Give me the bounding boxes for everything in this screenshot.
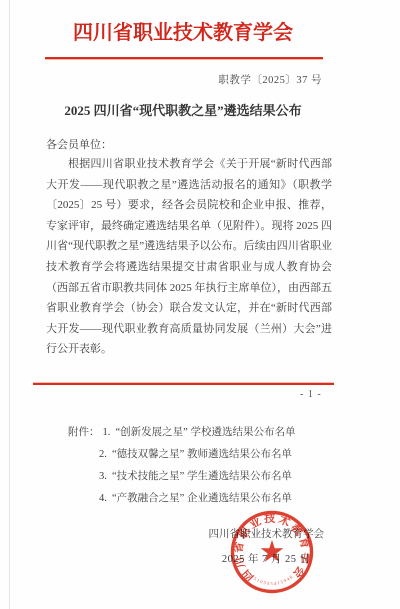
- org-header-title: 四川省职业技术教育学会: [32, 16, 334, 45]
- attachment-item: 3. “技术技能之星” 学生遴选结果公布名单: [68, 468, 295, 490]
- attachment-text: “技术技能之星” 学生遴选结果公布名单: [112, 468, 292, 483]
- attachment-number: 4.: [99, 493, 112, 504]
- attachment-number: 3.: [99, 471, 112, 482]
- attachment-text: “德技双馨之星” 教师遴选结果公布名单: [112, 446, 292, 461]
- signature-block: 四川省职业技术教育学会 2025 年 7 月 25 日: [209, 526, 325, 566]
- attachment-item: 2. “德技双馨之星” 教师遴选结果公布名单: [68, 446, 295, 468]
- attachment-number: 1.: [103, 427, 116, 438]
- scan-edge: [9, 0, 10, 609]
- page-number: - 1 -: [300, 389, 322, 400]
- attachments-list: 附件： 1. “创新发展之星” 学校遴选结果公布名单 2. “德技双馨之星” 教…: [68, 424, 295, 512]
- attachment-text: “产教融合之星” 企业遴选结果公布名单: [112, 490, 292, 505]
- attachment-text: “创新发展之星” 学校遴选结果公布名单: [116, 424, 296, 439]
- body-paragraph: 根据四川省职业技术教育学会《关于开展“新时代西部大开发——现代职教之星”遴选活动…: [46, 154, 332, 360]
- document-title: 2025 四川省“现代职教之星”遴选结果公布: [32, 100, 334, 119]
- salutation: 各会员单位：: [46, 136, 112, 152]
- signature-date: 2025 年 7 月 25 日: [209, 551, 325, 566]
- document-page: 四川省职业技术教育学会 职教学〔2025〕37 号 2025 四川省“现代职教之…: [0, 0, 400, 609]
- attachment-number: 2.: [99, 449, 112, 460]
- attachment-item: 4. “产教融合之星” 企业遴选结果公布名单: [68, 490, 295, 512]
- footer-red-rule: [33, 382, 334, 385]
- attachment-item: 附件： 1. “创新发展之星” 学校遴选结果公布名单: [68, 424, 295, 446]
- seal-serial-number: 51510555415948: [247, 572, 294, 586]
- attachments-label: 附件：: [68, 424, 100, 439]
- header-red-rule: [45, 57, 323, 60]
- signature-org: 四川省职业技术教育学会: [209, 526, 325, 541]
- doc-number: 职教学〔2025〕37 号: [218, 72, 322, 87]
